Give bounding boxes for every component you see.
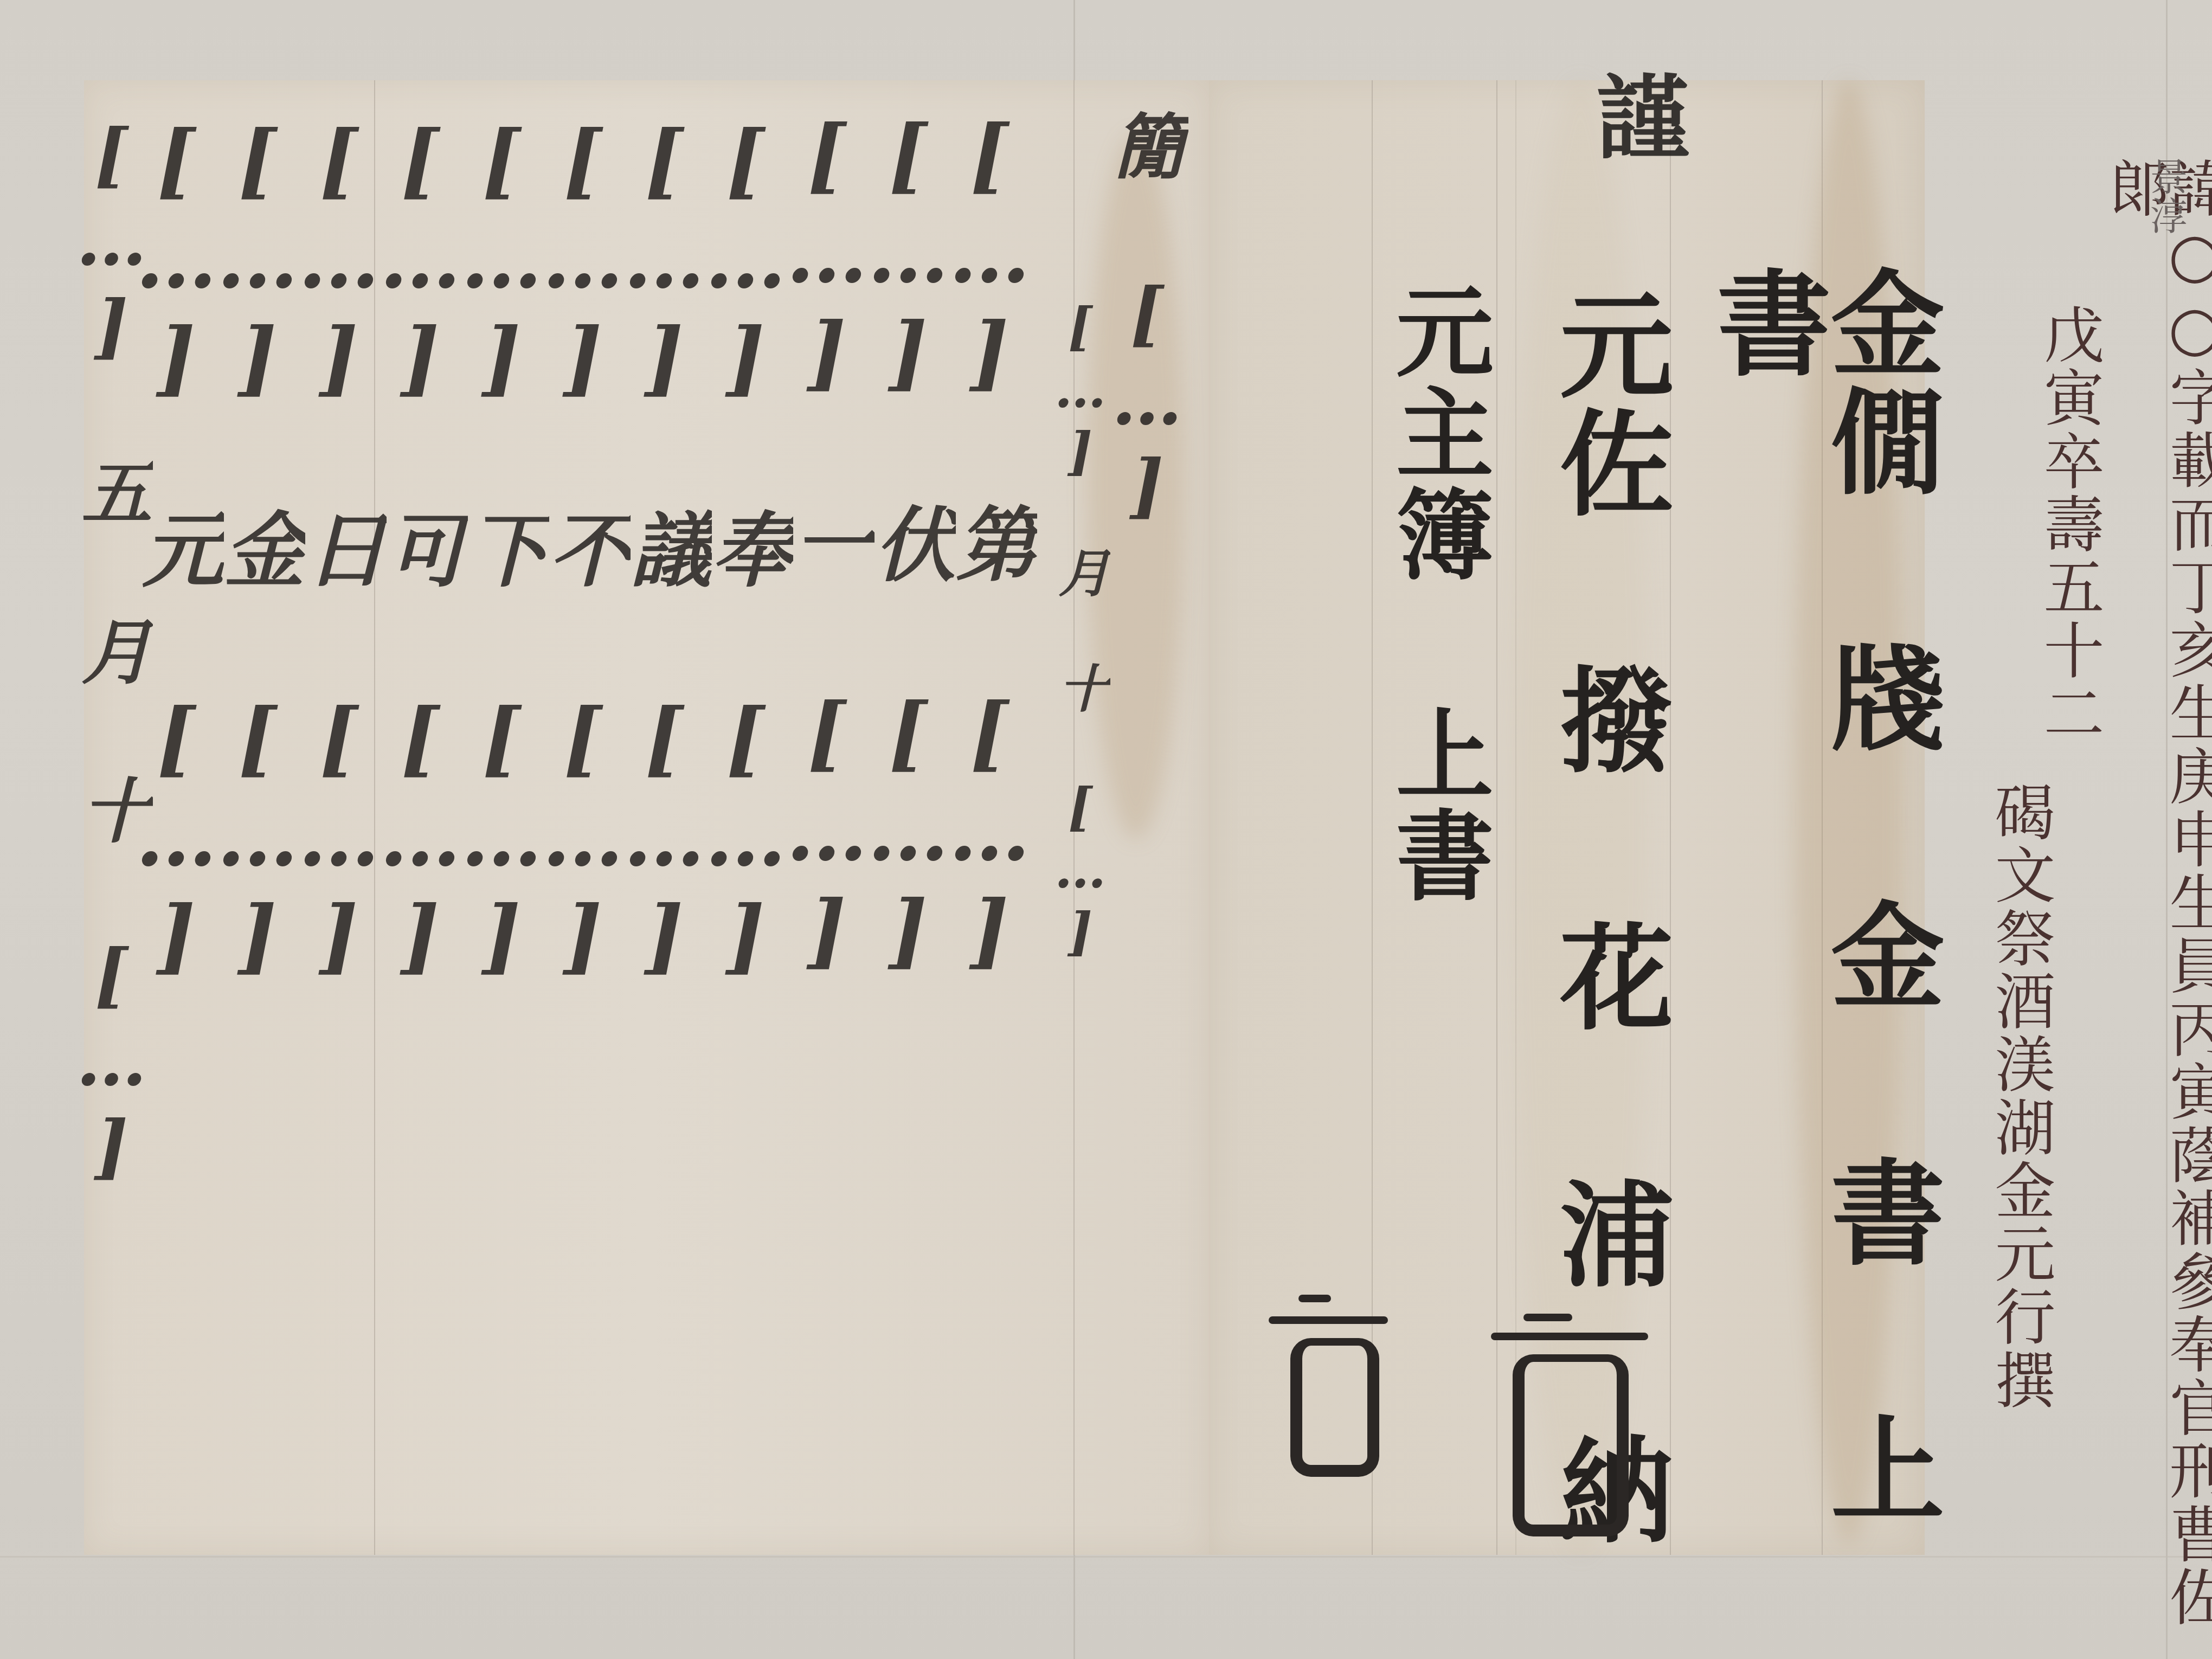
backing-seam (0, 1556, 2212, 1558)
letter-column: […] 奉 […] (705, 113, 786, 987)
letter-column: […] 議 […] (623, 113, 705, 987)
annotation-column-epitaph: 碣文祭酒渼湖金元行撰 (1990, 781, 2050, 1412)
envelope-panel: 謹 金僩 牋 金 書 上書 元佐 撥 花 浦 納 元主簿 上書 (1209, 80, 1925, 1555)
letter-column: […] 可 […] (380, 113, 461, 987)
letter-column: […] 金 […] (217, 113, 298, 987)
top-fragment-character: 謹 (1589, 69, 1681, 165)
fold-line (1372, 80, 1373, 1555)
letter-date-note: […] 月 十 […] (1054, 297, 1106, 964)
envelope-column: 元主簿 上書 (1388, 281, 1486, 906)
letter-column: […] 五 月 十 […] (76, 113, 146, 1191)
letter-column: […] 一 […] (786, 107, 867, 981)
letter-column: […] 不 […] (542, 113, 623, 987)
envelope-column-addressee: 金僩 牋 金 書 上書 (1708, 265, 1935, 1555)
annotation-column-biography: 諱○○字載而丁亥生庚申生員丙寅蔭補參奉官刑曹佐郞 (2104, 157, 2212, 1659)
letter-column: 𥳑 […] (1111, 113, 1182, 529)
letter-column: […] 日 […] (298, 113, 380, 987)
annotation-inserted-note: 景淳 (2147, 157, 2185, 236)
letter-column: […] 伏 […] (867, 107, 949, 981)
letter-column: […] 下 […] (461, 113, 542, 987)
annotation-column-death: 戊寅卒壽五十二 (2039, 304, 2099, 745)
letter-column: […] 第 […] (949, 107, 1030, 981)
letter-sheet: 𥳑 […] […] 月 十 […] […] 第 […] […] 伏 […] […… (84, 80, 1209, 1555)
